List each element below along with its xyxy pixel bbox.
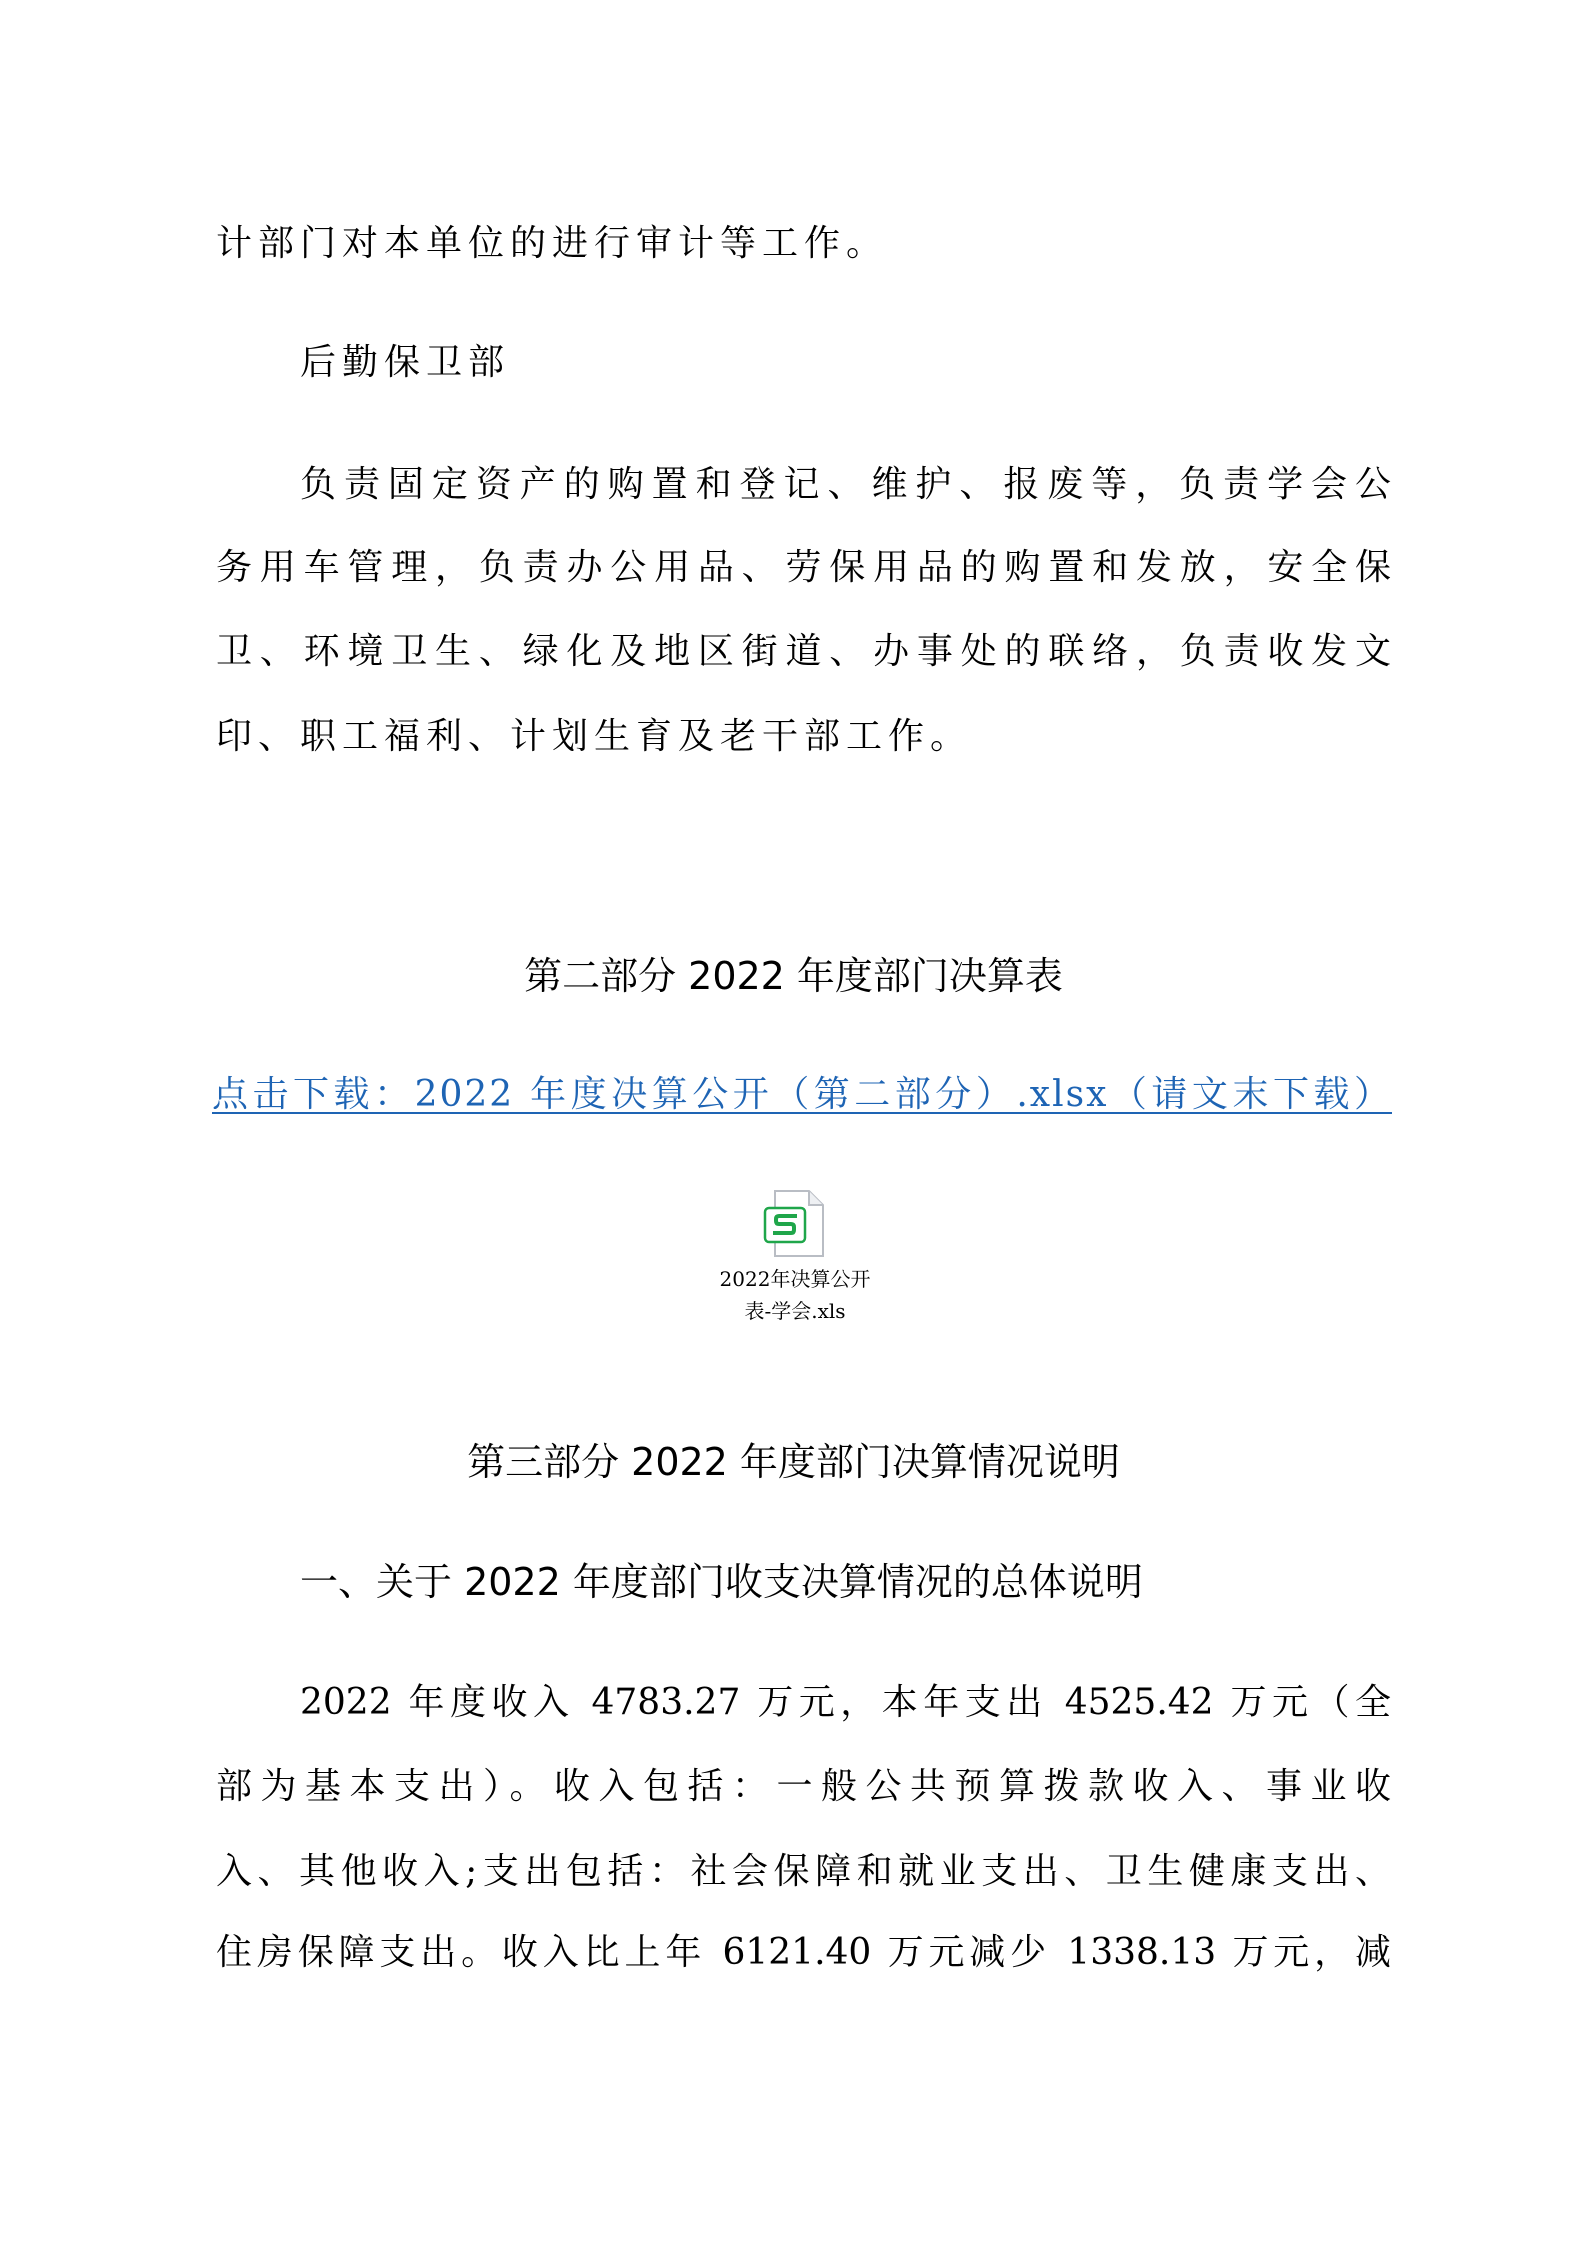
download-link[interactable]: 点击下载：2022 年度决算公开（第二部分）.xlsx（请文末下载）: [212, 1065, 1392, 1125]
section-heading-part2: 第二部分 2022 年度部门决算表: [0, 946, 1587, 1006]
body-text-line: 印、职工福利、计划生育及老干部工作。: [216, 695, 1391, 779]
department-title: 后勤保卫部: [300, 321, 1391, 405]
body-text-line: 部为基本支出）。收入包括：一般公共预算拨款收入、事业收: [216, 1745, 1391, 1829]
section-heading-part3: 第三部分 2022 年度部门决算情况说明: [0, 1432, 1587, 1492]
body-text-line: 住房保障支出。收入比上年 6121.40 万元减少 1338.13 万元，减: [216, 1911, 1391, 1995]
body-text-line: 入、其他收入;支出包括：社会保障和就业支出、卫生健康支出、: [216, 1830, 1391, 1914]
attachment-file[interactable]: 2022年决算公开 表-学会.xls: [695, 1186, 895, 1326]
spreadsheet-file-icon: [763, 1190, 825, 1258]
document-page: 计部门对本单位的进行审计等工作。 后勤保卫部 负责固定资产的购置和登记、维护、报…: [0, 0, 1587, 2245]
body-text-line: 卫、环境卫生、绿化及地区街道、办事处的联络，负责收发文: [216, 610, 1391, 694]
body-text-line: 2022 年度收入 4783.27 万元，本年支出 4525.42 万元（全: [300, 1661, 1391, 1745]
body-text-line: 负责固定资产的购置和登记、维护、报废等，负责学会公: [300, 443, 1391, 527]
subsection-heading: 一、关于 2022 年度部门收支决算情况的总体说明: [300, 1552, 1143, 1612]
body-text-line: 计部门对本单位的进行审计等工作。: [216, 202, 1391, 286]
attachment-filename: 表-学会.xls: [695, 1296, 895, 1326]
body-text-line: 务用车管理，负责办公用品、劳保用品的购置和发放，安全保: [216, 526, 1391, 610]
attachment-filename: 2022年决算公开: [695, 1264, 895, 1294]
